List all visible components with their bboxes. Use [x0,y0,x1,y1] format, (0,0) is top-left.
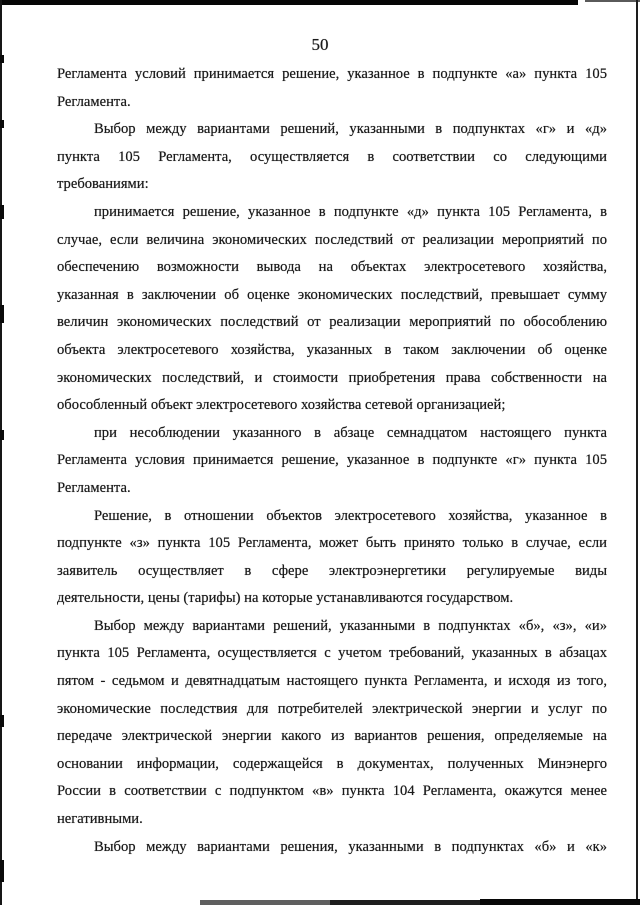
text-line: деятельности, цены (тарифы) на которые у… [57,585,607,613]
text-line: случае, если величина экономических посл… [57,227,607,255]
paragraph: принимается решение, указанное в подпунк… [57,199,607,420]
paragraph: Выбор между вариантами решения, указанны… [57,834,607,862]
text-line: пункта 105 Регламента, осуществляется с … [57,640,607,668]
scan-artifact-left-mark [0,715,4,727]
scan-artifact-bottom-edge [330,900,480,905]
text-line: основании информации, содержащейся в док… [57,751,607,779]
text-line: передаче электрической энергии какого из… [57,723,607,751]
document-body: Регламента условий принимается решение, … [57,61,607,861]
text-line: Решение, в отношении объектов электросет… [57,503,607,531]
text-line: при несоблюдении указанного в абзаце сем… [57,420,607,448]
text-line: указанная в заключении об оценке экономи… [57,282,607,310]
text-line: Регламента. [57,475,607,503]
text-line: Регламента условия принимается решение, … [57,447,607,475]
text-line: обособленный объект электросетевого хозя… [57,392,607,420]
text-line: принимается решение, указанное в подпунк… [57,199,607,227]
text-line: величин экономических последствий от реа… [57,309,607,337]
paragraph: при несоблюдении указанного в абзаце сем… [57,420,607,503]
paragraph: Выбор между вариантами решений, указанны… [57,613,607,834]
text-line: Регламента условий принимается решение, … [57,61,607,89]
text-line: экономических последствий, и стоимости п… [57,365,607,393]
scan-artifact-left-mark [0,305,4,323]
scan-artifact-top-edge [0,0,578,5]
text-line: обеспечению возможности вывода на объект… [57,254,607,282]
text-line: Выбор между вариантами решения, указанны… [57,834,607,862]
scan-artifact-left-mark [0,205,4,219]
paragraph: Выбор между вариантами решений, указанны… [57,116,607,199]
text-line: России в соответствии с подпунктом «в» п… [57,778,607,806]
scan-artifact-bottom-edge [200,900,330,905]
scan-artifact-right-edge [636,0,638,905]
text-line: пятом - седьмом и девятнадцатым настояще… [57,668,607,696]
text-line: Выбор между вариантами решений, указанны… [57,613,607,641]
scan-artifact-bottom-edge [480,899,640,905]
text-line: заявитель осуществляет в сфере электроэн… [57,558,607,586]
text-line: пункта 105 Регламента, осуществляется в … [57,144,607,172]
text-line: подпункте «з» пункта 105 Регламента, мож… [57,530,607,558]
document-page: 50 Регламента условий принимается решени… [0,0,640,905]
scan-artifact-top-right-edge [585,0,640,2]
scan-artifact-left-mark [0,430,4,440]
text-line: требованиями: [57,171,607,199]
paragraph: Решение, в отношении объектов электросет… [57,503,607,613]
text-line: Выбор между вариантами решений, указанны… [57,116,607,144]
text-line: экономические последствия для потребител… [57,696,607,724]
text-line: объекта электросетевого хозяйства, указа… [57,337,607,365]
paragraph: Регламента условий принимается решение, … [57,61,607,116]
scan-artifact-left-edge [0,0,2,905]
scan-artifact-left-mark [0,860,4,882]
text-line: Регламента. [57,89,607,117]
scan-artifact-left-mark [0,55,4,63]
scan-artifact-left-mark [0,120,4,128]
page-number: 50 [0,36,640,54]
text-line: негативными. [57,806,607,834]
